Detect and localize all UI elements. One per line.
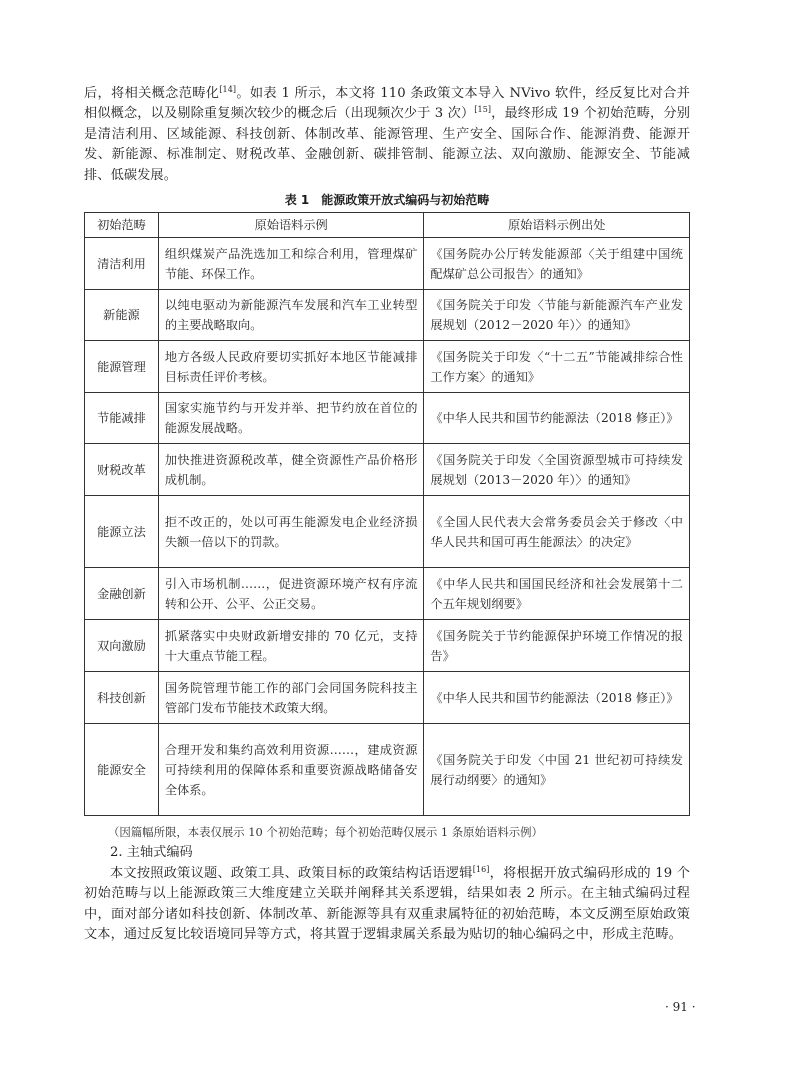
table-row: 科技创新 国务院管理节能工作的部门会同国务院科技主管部门发布节能技术政策大纲。 … <box>85 672 690 724</box>
header-category: 初始范畴 <box>85 213 159 238</box>
table-row: 能源安全 合理开发和集约高效利用资源……，建成资源可持续利用的保障体系和重要资源… <box>85 724 690 816</box>
cell-example: 以纯电驱动为新能源汽车发展和汽车工业转型的主要战略取向。 <box>158 290 424 341</box>
cell-example: 引入市场机制……，促进资源环境产权有序流转和公开、公平、公正交易。 <box>158 568 424 620</box>
cell-category: 能源安全 <box>85 724 159 816</box>
table-row: 财税改革 加快推进资源税改革，健全资源性产品价格形成机制。 《国务院关于印发〈全… <box>85 444 690 496</box>
table-row: 清洁利用 组织煤炭产品洗选加工和综合利用，管理煤矿节能、环保工作。 《国务院办公… <box>85 238 690 290</box>
cell-category: 能源立法 <box>85 496 159 568</box>
cell-example: 拒不改正的，处以可再生能源发电企业经济损失额一倍以下的罚款。 <box>158 496 424 568</box>
cell-source: 《国务院关于印发〈全国资源型城市可持续发展规划（2013－2020 年）〉的通知… <box>424 444 690 496</box>
cell-source: 《中华人民共和国国民经济和社会发展第十二个五年规划纲要》 <box>424 568 690 620</box>
cell-example: 地方各级人民政府要切实抓好本地区节能减排目标责任评价考核。 <box>158 341 424 393</box>
cell-source: 《全国人民代表大会常务委员会关于修改〈中华人民共和国可再生能源法〉的决定》 <box>424 496 690 568</box>
table-row: 能源管理 地方各级人民政府要切实抓好本地区节能减排目标责任评价考核。 《国务院关… <box>85 341 690 393</box>
section-paragraph: 本文按照政策议题、政策工具、政策目标的政策结构话语逻辑[16]，将根据开放式编码… <box>84 864 690 946</box>
cell-source: 《中华人民共和国节约能源法（2018 修正）》 <box>424 672 690 724</box>
table-number: 表 1 <box>285 193 310 207</box>
table-header-row: 初始范畴 原始语料示例 原始语料示例出处 <box>85 213 690 238</box>
intro-text-1: 后，将相关概念范畴化 <box>84 86 219 101</box>
page-number: · 91 · <box>665 1000 696 1014</box>
citation-14: [14] <box>219 85 236 94</box>
header-source: 原始语料示例出处 <box>424 213 690 238</box>
coding-table: 初始范畴 原始语料示例 原始语料示例出处 清洁利用 组织煤炭产品洗选加工和综合利… <box>84 212 690 816</box>
table-row: 节能减排 国家实施节约与开发并举、把节约放在首位的能源发展战略。 《中华人民共和… <box>85 393 690 444</box>
cell-source: 《国务院关于节约能源保护环境工作情况的报告》 <box>424 620 690 672</box>
section-heading: 2. 主轴式编码 <box>84 843 690 863</box>
cell-source: 《国务院办公厅转发能源部〈关于组建中国统配煤矿总公司报告〉的通知》 <box>424 238 690 290</box>
table-note: （因篇幅所限，本表仅展示 10 个初始范畴；每个初始范畴仅展示 1 条原始语料示… <box>84 823 690 841</box>
table-row: 金融创新 引入市场机制……，促进资源环境产权有序流转和公开、公平、公正交易。 《… <box>85 568 690 620</box>
cell-example: 国务院管理节能工作的部门会同国务院科技主管部门发布节能技术政策大纲。 <box>158 672 424 724</box>
cell-example: 合理开发和集约高效利用资源……，建成资源可持续利用的保障体系和重要资源战略储备安… <box>158 724 424 816</box>
cell-category: 财税改革 <box>85 444 159 496</box>
intro-paragraph: 后，将相关概念范畴化[14]。如表 1 所示，本文将 110 条政策文本导入 N… <box>84 84 690 186</box>
cell-example: 抓紧落实中央财政新增安排的 70 亿元，支持十大重点节能工程。 <box>158 620 424 672</box>
cell-category: 节能减排 <box>85 393 159 444</box>
cell-category: 科技创新 <box>85 672 159 724</box>
header-example: 原始语料示例 <box>158 213 424 238</box>
cell-category: 清洁利用 <box>85 238 159 290</box>
cell-category: 双向激励 <box>85 620 159 672</box>
cell-source: 《国务院关于印发〈“十二五”节能减排综合性工作方案〉的通知》 <box>424 341 690 393</box>
table-row: 双向激励 抓紧落实中央财政新增安排的 70 亿元，支持十大重点节能工程。 《国务… <box>85 620 690 672</box>
section-text-1: 本文按照政策议题、政策工具、政策目标的政策结构话语逻辑 <box>110 866 473 881</box>
table-row: 新能源 以纯电驱动为新能源汽车发展和汽车工业转型的主要战略取向。 《国务院关于印… <box>85 290 690 341</box>
citation-16: [16] <box>473 865 490 874</box>
table-caption: 表 1能源政策开放式编码与初始范畴 <box>84 191 690 209</box>
citation-15: [15] <box>474 105 491 114</box>
cell-category: 金融创新 <box>85 568 159 620</box>
cell-source: 《中华人民共和国节约能源法（2018 修正）》 <box>424 393 690 444</box>
cell-source: 《国务院关于印发〈节能与新能源汽车产业发展规划（2012－2020 年）〉的通知… <box>424 290 690 341</box>
cell-category: 能源管理 <box>85 341 159 393</box>
cell-category: 新能源 <box>85 290 159 341</box>
table-title: 能源政策开放式编码与初始范畴 <box>321 193 489 207</box>
cell-source: 《国务院关于印发〈中国 21 世纪初可持续发展行动纲要〉的通知》 <box>424 724 690 816</box>
cell-example: 组织煤炭产品洗选加工和综合利用，管理煤矿节能、环保工作。 <box>158 238 424 290</box>
cell-example: 国家实施节约与开发并举、把节约放在首位的能源发展战略。 <box>158 393 424 444</box>
table-row: 能源立法 拒不改正的，处以可再生能源发电企业经济损失额一倍以下的罚款。 《全国人… <box>85 496 690 568</box>
cell-example: 加快推进资源税改革，健全资源性产品价格形成机制。 <box>158 444 424 496</box>
